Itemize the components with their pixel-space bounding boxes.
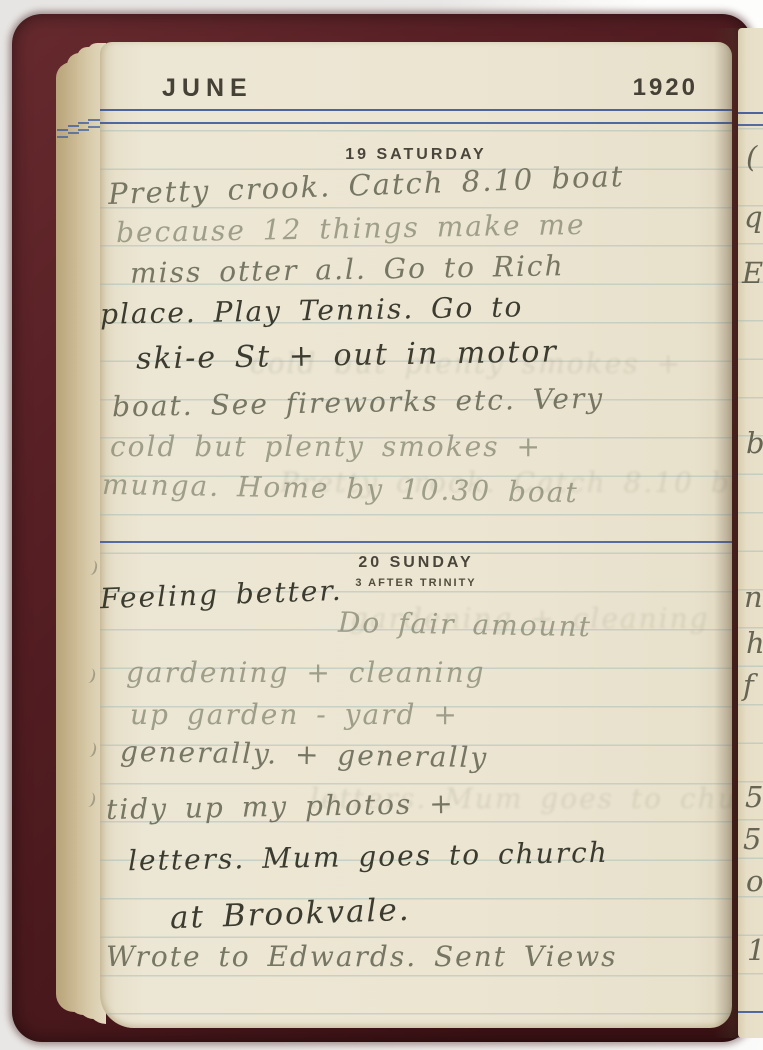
date-header-sunday: 20 SUNDAY (100, 554, 732, 572)
facing-page-fragment: q (744, 200, 763, 234)
handwriting-line: tidy up my photos + (106, 787, 455, 826)
handwriting-line: up garden - yard + (130, 698, 459, 731)
facing-bottom-rule (738, 1011, 763, 1013)
page-header: JUNE 1920 (100, 74, 732, 103)
edge-blue-rule (57, 129, 68, 138)
handwriting-line: generally. + generally (120, 735, 489, 774)
facing-page-fragment: n (744, 580, 763, 614)
facing-header-rule (738, 112, 763, 126)
date-header-saturday: 19 SATURDAY (100, 146, 732, 164)
facing-page: ( q E b n h f 5 5 o 1 (738, 28, 763, 1038)
year-label: 1920 (633, 74, 698, 103)
facing-page-fragment: f (743, 668, 754, 702)
diary-photo: JUNE 1920 19 SATURDAY Pretty crook. Catc… (0, 0, 763, 1050)
facing-page-fragment: o (746, 864, 763, 898)
facing-page-fragment: b (746, 426, 763, 460)
handwriting-line: Wrote to Edwards. Sent Views (106, 940, 618, 973)
facing-page-fragment: 5 (745, 780, 763, 814)
facing-page-fragment: ( (746, 140, 757, 174)
header-rule (100, 109, 732, 124)
facing-page-fragment: 1 (747, 933, 763, 967)
facing-page-fragment: E (742, 256, 763, 290)
handwriting-line: cold but plenty smokes + (110, 430, 542, 463)
diary-page: JUNE 1920 19 SATURDAY Pretty crook. Catc… (100, 42, 732, 1028)
ghost-writing: Pretty crook. Catch 8.10 boat (280, 466, 732, 499)
handwriting-line: gardening + cleaning (126, 656, 486, 689)
facing-page-fragment: 5 (743, 822, 761, 856)
handwriting-line: Do fair amount (338, 606, 592, 643)
gutter-shadow (714, 28, 740, 1038)
facing-page-fragment: h (746, 626, 763, 660)
section-rule (100, 541, 732, 543)
month-label: JUNE (162, 74, 253, 103)
ghost-writing: cold but plenty smokes + (250, 347, 682, 380)
